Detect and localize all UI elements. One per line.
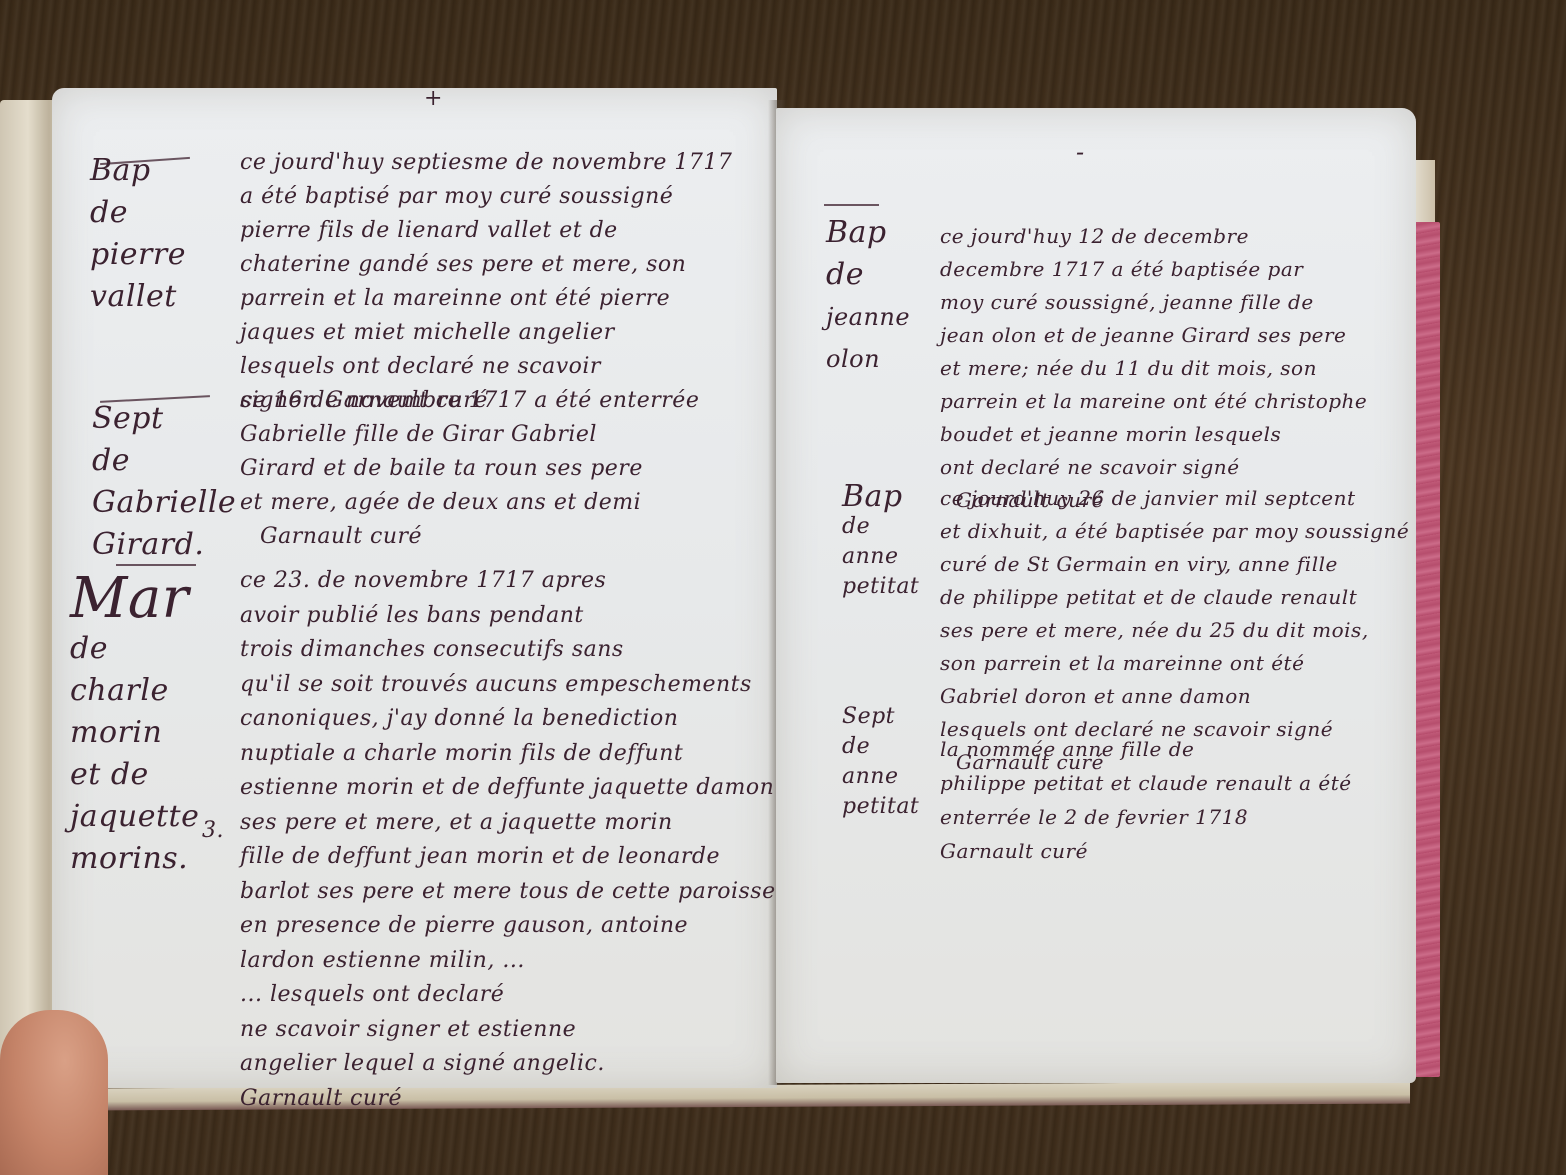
text-line: estienne morin et de deffunte jaquette d… xyxy=(240,771,776,806)
margin-line: Gabrielle xyxy=(92,482,236,524)
text-line: lesquels ont declaré ne scavoir xyxy=(240,350,732,384)
text-line: boudet et jeanne morin lesquels xyxy=(940,418,1367,451)
margin-line: Bap xyxy=(90,150,186,192)
text-line: barlot ses pere et mere tous de cette pa… xyxy=(240,875,776,910)
text-line: ne scavoir signer et estienne xyxy=(240,1013,776,1048)
text-line: a été baptisé par moy curé soussigné xyxy=(240,180,732,214)
margin-line: petitat xyxy=(842,792,919,822)
text-line: angelier lequel a signé angelic. xyxy=(240,1047,776,1082)
text-line: jean olon et de jeanne Girard ses pere xyxy=(940,319,1367,352)
open-register-book: + Bap de pierre vallet ce jourd'huy sept… xyxy=(0,0,1566,1175)
text-line: Girard et de baile ta roun ses pere xyxy=(240,452,699,486)
margin-note-entry-1: Bap de jeanne olon xyxy=(826,212,910,380)
text-line: ce jourd'huy 12 de decembre xyxy=(940,220,1367,253)
text-line: ses pere et mere, et a jaquette morin xyxy=(240,806,776,841)
margin-line: et de xyxy=(70,754,199,796)
text-line: en presence de pierre gauson, antoine xyxy=(240,909,776,944)
margin-line: de xyxy=(842,732,919,762)
text-line: moy curé soussigné, jeanne fille de xyxy=(940,286,1367,319)
text-line: avoir publié les bans pendant xyxy=(240,599,776,634)
text-line: parrein et la mareine ont été christophe xyxy=(940,385,1367,418)
text-line: Gabrielle fille de Girar Gabriel xyxy=(240,418,699,452)
margin-line: Girard. xyxy=(92,524,236,566)
text-line: Gabriel doron et anne damon xyxy=(940,680,1409,713)
margin-line: de xyxy=(842,512,919,542)
entry-3-text: ce 23. de novembre 1717 apres avoir publ… xyxy=(240,564,776,1116)
margin-line: Bap xyxy=(842,482,919,512)
margin-line: de xyxy=(92,440,236,482)
text-line: la nommée anne fille de xyxy=(940,732,1352,766)
text-line: de philippe petitat et de claude renault xyxy=(940,581,1409,614)
entry-3-text: la nommée anne fille de philippe petitat… xyxy=(940,732,1352,868)
text-line: ce 23. de novembre 1717 apres xyxy=(240,564,776,599)
thumb-holding-page xyxy=(0,1010,108,1175)
margin-note-entry-3: Sept de anne petitat xyxy=(842,702,919,822)
text-line: son parrein et la mareinne ont été xyxy=(940,647,1409,680)
text-line: chaterine gandé ses pere et mere, son xyxy=(240,248,732,282)
right-page-top-mark: - xyxy=(1076,138,1085,166)
margin-line: Bap xyxy=(826,212,910,254)
text-line: et mere, agée de deux ans et demi xyxy=(240,486,699,520)
text-line: Garnault curé xyxy=(940,834,1352,868)
text-line: trois dimanches consecutifs sans xyxy=(240,633,776,668)
margin-line: morins. xyxy=(70,838,199,880)
text-line: et mere; née du 11 du dit mois, son xyxy=(940,352,1367,385)
margin-line: anne xyxy=(842,762,919,792)
margin-note-entry-1: Bap de pierre vallet xyxy=(90,150,186,318)
margin-line: morin xyxy=(70,712,199,754)
left-page-top-mark: + xyxy=(424,86,443,111)
text-line: ses pere et mere, née du 25 du dit mois, xyxy=(940,614,1409,647)
text-line: philippe petitat et claude renault a été xyxy=(940,766,1352,800)
text-line: ... lesquels ont declaré xyxy=(240,978,776,1013)
text-line: enterrée le 2 de fevrier 1718 xyxy=(940,800,1352,834)
text-line: parrein et la mareinne ont été pierre xyxy=(240,282,732,316)
margin-line: vallet xyxy=(90,276,186,318)
margin-note-entry-2: Bap de anne petitat xyxy=(842,482,919,602)
margin-line: de xyxy=(826,254,910,296)
margin-line: jeanne xyxy=(826,296,910,338)
margin-line: anne xyxy=(842,542,919,572)
entry-separator xyxy=(824,204,879,206)
text-line: nuptiale a charle morin fils de deffunt xyxy=(240,737,776,772)
text-line: pierre fils de lienard vallet et de xyxy=(240,214,732,248)
text-line: ont declaré ne scavoir signé xyxy=(940,451,1367,484)
text-line: ce jourd'huy 26 de janvier mil septcent xyxy=(940,482,1409,515)
margin-line: de xyxy=(70,628,199,670)
text-line: Garnault curé xyxy=(240,520,699,554)
text-line: decembre 1717 a été baptisée par xyxy=(940,253,1367,286)
margin-line: pierre xyxy=(90,234,186,276)
text-line: Garnault curé xyxy=(240,1082,776,1117)
text-line: qu'il se soit trouvés aucuns empeschemen… xyxy=(240,668,776,703)
entry-2-text: ce 16 de novembre 1717 a été enterrée Ga… xyxy=(240,384,699,554)
margin-line: charle xyxy=(70,670,199,712)
left-page: + Bap de pierre vallet ce jourd'huy sept… xyxy=(52,88,777,1088)
margin-line: petitat xyxy=(842,572,919,602)
margin-line: Mar xyxy=(70,570,199,628)
margin-line: jaquette xyxy=(70,796,199,838)
margin-note-entry-2: Sept de Gabrielle Girard. xyxy=(92,398,236,566)
margin-note-entry-3: Mar de charle morin et de jaquette morin… xyxy=(70,570,199,880)
text-line: canoniques, j'ay donné la benediction xyxy=(240,702,776,737)
text-line: fille de deffunt jean morin et de leonar… xyxy=(240,840,776,875)
text-line: jaques et miet michelle angelier xyxy=(240,316,732,350)
text-line: ce jourd'huy septiesme de novembre 1717 xyxy=(240,146,732,180)
text-line: et dixhuit, a été baptisée par moy souss… xyxy=(940,515,1409,548)
margin-line: Sept xyxy=(92,398,236,440)
right-page: - Bap de jeanne olon ce jourd'huy 12 de … xyxy=(776,108,1416,1083)
margin-line: Sept xyxy=(842,702,919,732)
text-line: lardon estienne milin, ... xyxy=(240,944,776,979)
entry-1-text: ce jourd'huy septiesme de novembre 1717 … xyxy=(240,146,732,418)
margin-marker: 3. xyxy=(202,818,224,843)
margin-line: olon xyxy=(826,338,910,380)
margin-line: de xyxy=(90,192,186,234)
text-line: curé de St Germain en viry, anne fille xyxy=(940,548,1409,581)
entry-1-text: ce jourd'huy 12 de decembre decembre 171… xyxy=(940,220,1367,517)
text-line: ce 16 de novembre 1717 a été enterrée xyxy=(240,384,699,418)
